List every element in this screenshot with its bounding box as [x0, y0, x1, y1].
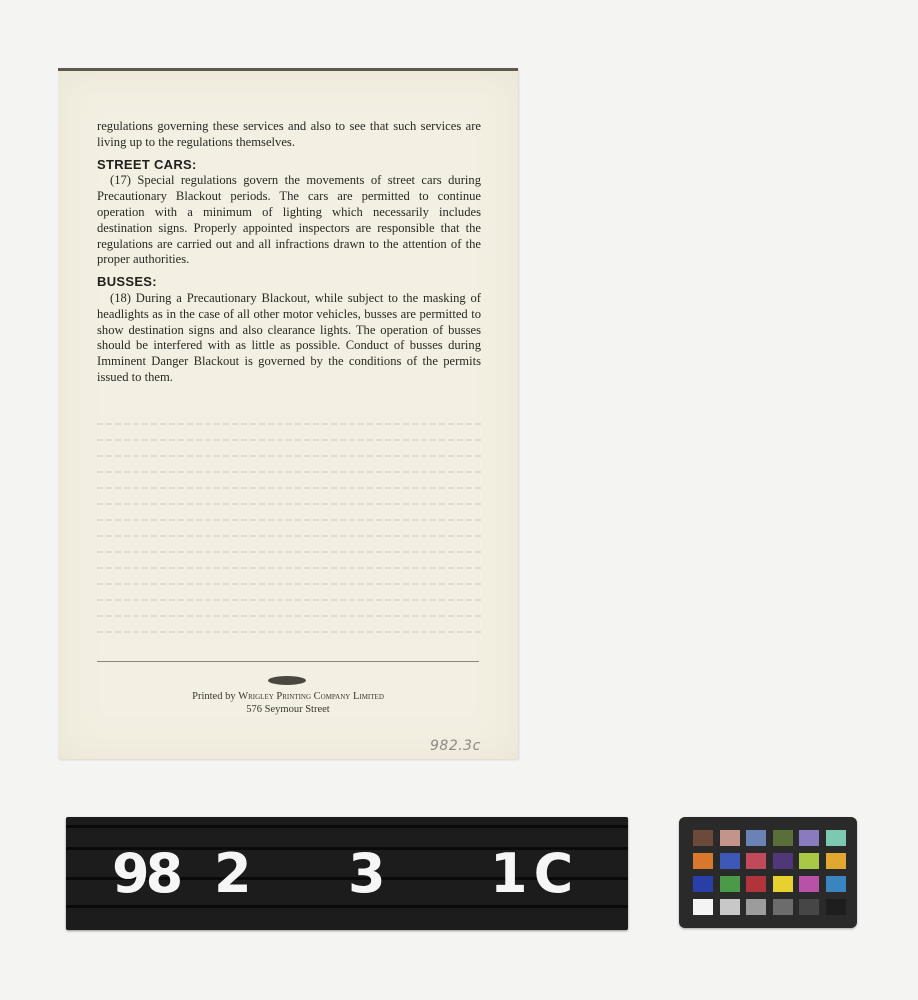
section-heading-street-cars: STREET CARS:	[97, 157, 481, 173]
color-swatch	[826, 853, 846, 869]
printer-logo-icon	[268, 676, 306, 685]
color-swatch	[693, 853, 713, 869]
document-body: regulations governing these services and…	[97, 119, 481, 386]
accession-label-2: 2	[214, 847, 252, 901]
imprint-prefix: Printed by	[192, 691, 235, 702]
color-swatch	[720, 853, 740, 869]
imprint-address: 576 Seymour Street	[58, 703, 518, 716]
document-page: regulations governing these services and…	[58, 68, 518, 759]
color-swatch	[746, 899, 766, 915]
section-heading-busses: BUSSES:	[97, 274, 481, 290]
accession-number-board: 98 2 3 1C	[66, 817, 628, 930]
color-swatch	[693, 830, 713, 846]
accession-label-98: 98	[112, 847, 179, 901]
color-swatch	[799, 830, 819, 846]
color-swatch	[773, 876, 793, 892]
color-swatch	[720, 876, 740, 892]
color-swatch	[693, 899, 713, 915]
imprint-company: Wrigley Printing Company Limited	[238, 691, 384, 702]
color-swatch	[826, 876, 846, 892]
color-checker-card	[679, 817, 857, 928]
color-swatch	[799, 853, 819, 869]
intro-text: regulations governing these services and…	[97, 119, 481, 151]
divider-rule	[97, 661, 479, 662]
color-swatch	[799, 899, 819, 915]
color-swatch	[799, 876, 819, 892]
color-swatch	[773, 853, 793, 869]
color-swatch	[826, 830, 846, 846]
section-paragraph-busses: (18) During a Precautionary Blackout, wh…	[97, 291, 481, 386]
printer-imprint: Printed by Wrigley Printing Company Limi…	[58, 690, 518, 716]
color-swatch	[720, 899, 740, 915]
bleed-through-text	[97, 423, 481, 647]
accession-label-1c: 1C	[490, 847, 579, 901]
color-swatch	[746, 830, 766, 846]
color-swatch	[720, 830, 740, 846]
section-paragraph-street-cars: (17) Special regulations govern the move…	[97, 173, 481, 268]
color-swatch	[773, 830, 793, 846]
color-swatch	[746, 876, 766, 892]
accession-label-3: 3	[348, 847, 386, 901]
color-swatch	[826, 899, 846, 915]
color-swatch	[773, 899, 793, 915]
handwritten-accession-note: 982.3c	[430, 738, 481, 754]
color-swatch	[746, 853, 766, 869]
color-swatch	[693, 876, 713, 892]
